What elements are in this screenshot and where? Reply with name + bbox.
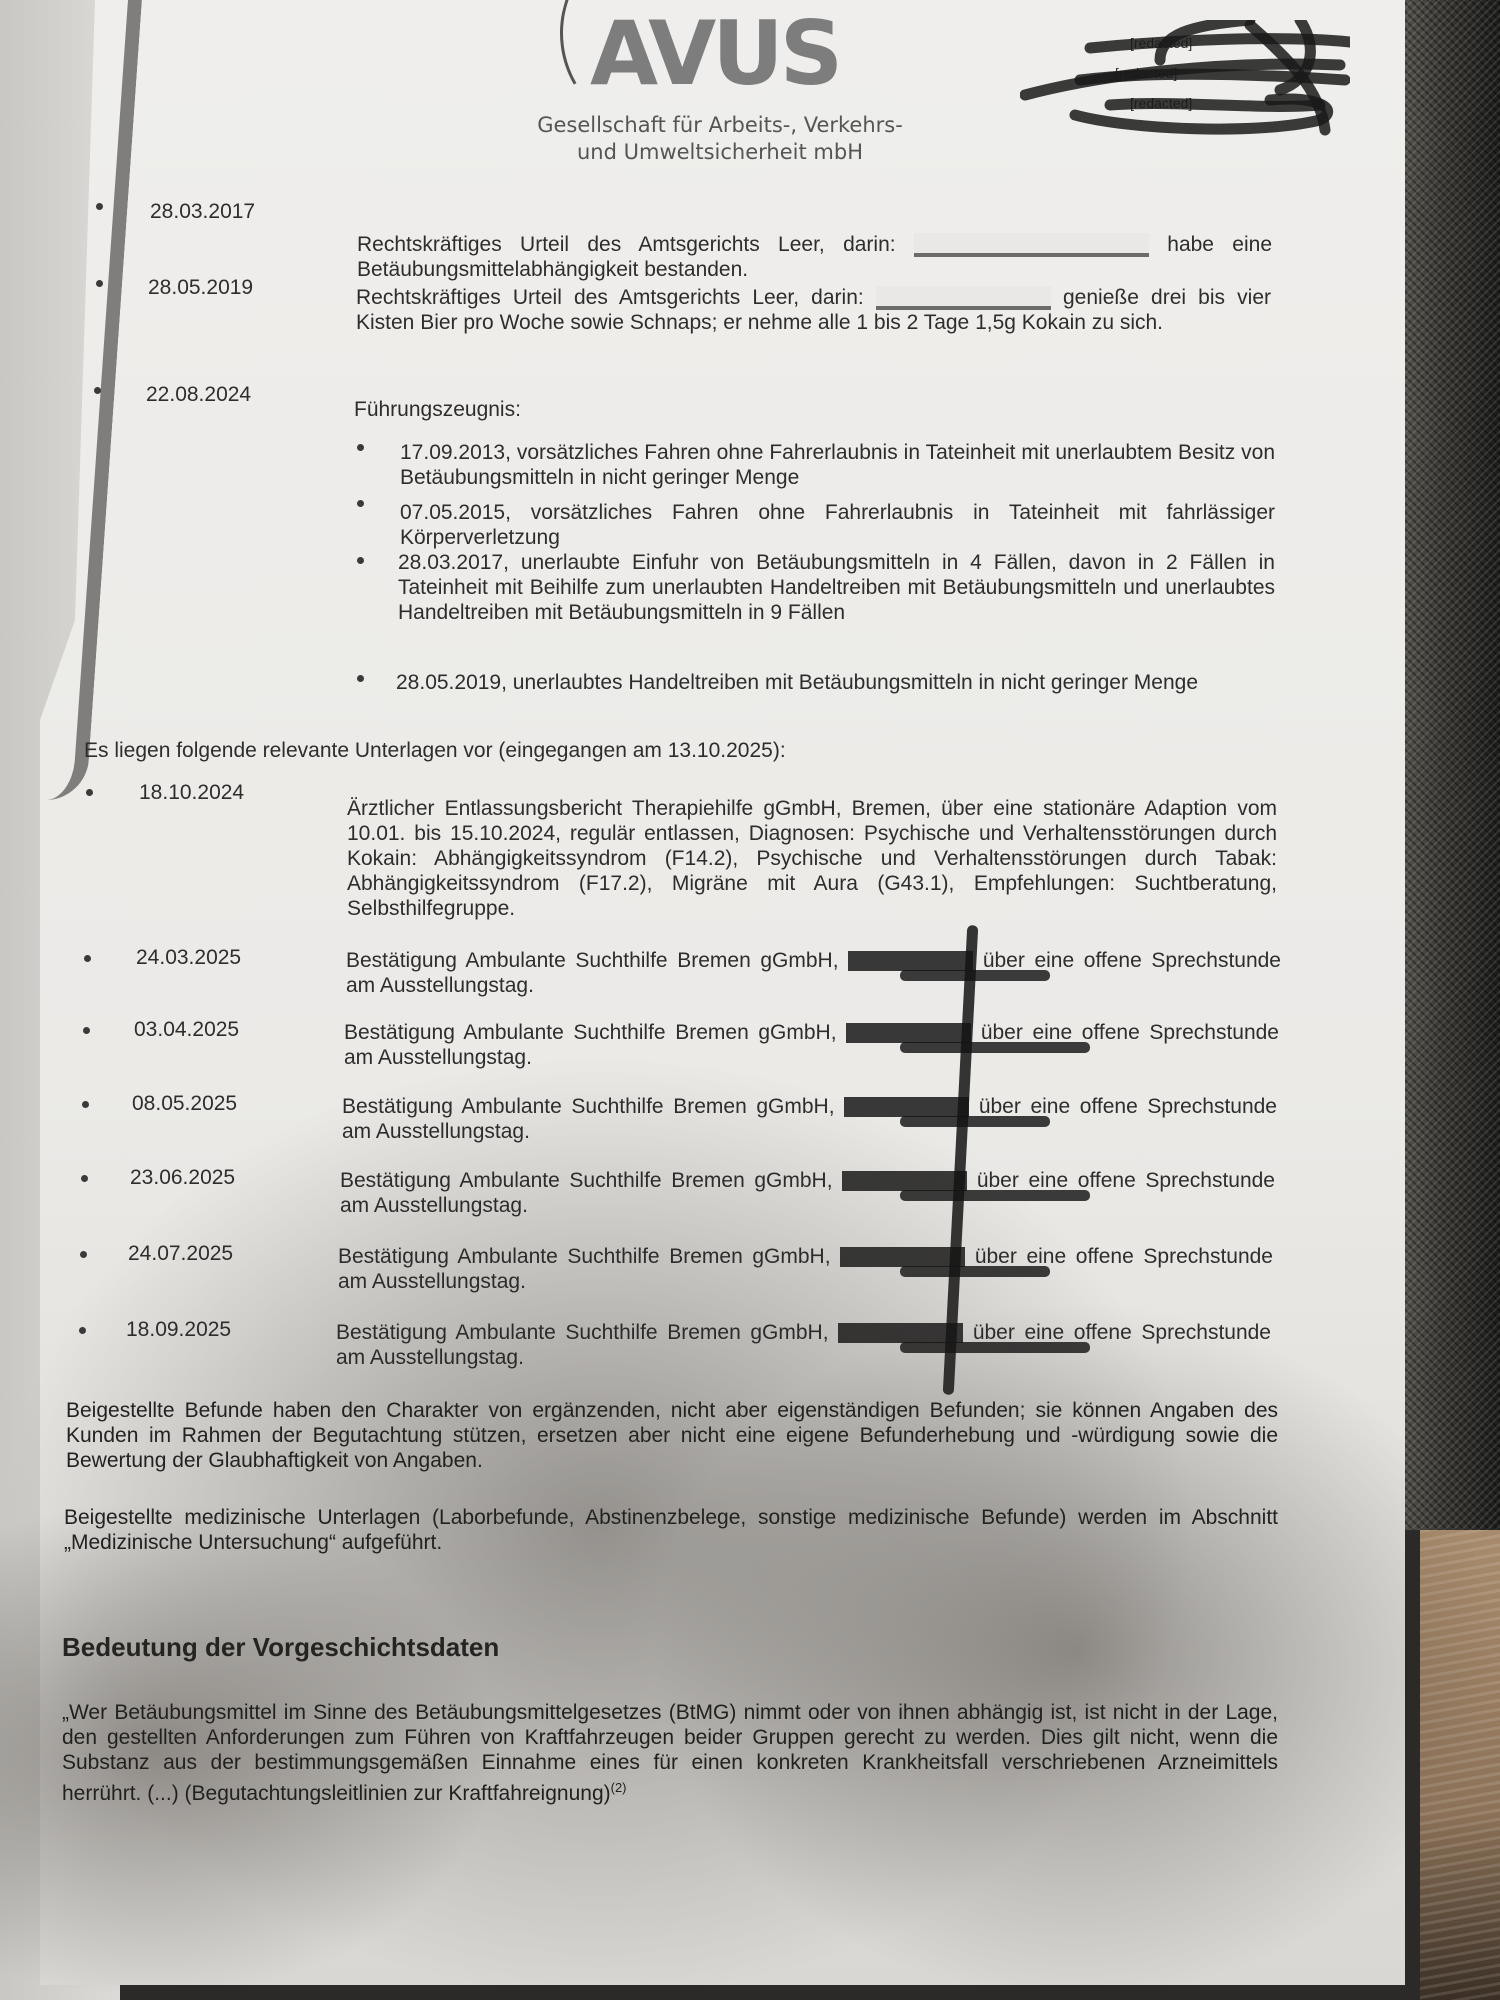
record-text: Rechtskräftiges Urteil des Amtsgerichts … [357, 232, 1272, 282]
marker-stroke [900, 1042, 1090, 1053]
company-name: Gesellschaft für Arbeits-, Verkehrs- und… [510, 112, 930, 167]
bullet-icon [96, 280, 103, 287]
document-date: 08.05.2025 [132, 1092, 237, 1116]
background-wood [1420, 1530, 1500, 2000]
note-paragraph: Beigestellte medizinische Unterlagen (La… [64, 1505, 1278, 1555]
redaction-block [842, 1171, 967, 1191]
document-date: 18.10.2024 [139, 781, 244, 805]
record-sub-item: 28.03.2017, unerlaubte Einfuhr von Betäu… [398, 550, 1275, 625]
record-date: 28.03.2017 [150, 200, 255, 224]
bullet-icon [96, 203, 103, 210]
document-text: Bestätigung Ambulante Suchthilfe Bremen … [340, 1168, 1275, 1218]
bullet-icon [357, 557, 364, 564]
documents-intro: Es liegen folgende relevante Unterlagen … [84, 738, 1284, 763]
document-text: Ärztlicher Entlassungsbericht Therapiehi… [347, 796, 1277, 921]
footnote-ref: (2) [611, 1780, 627, 1795]
redaction-block [876, 286, 1051, 310]
document-date: 03.04.2025 [134, 1018, 239, 1042]
section-heading: Bedeutung der Vorgeschichtsdaten [62, 1632, 499, 1663]
company-logo: AVUS Gesellschaft für Arbeits-, Verkehrs… [520, 0, 940, 170]
record-sub-item: 28.05.2019, unerlaubtes Handeltreiben mi… [396, 670, 1275, 695]
marker-stroke [900, 1342, 1090, 1353]
marker-stroke [900, 1116, 1050, 1127]
document-text: Bestätigung Ambulante Suchthilfe Bremen … [338, 1244, 1273, 1294]
bullet-icon [357, 500, 364, 507]
record-date: 28.05.2019 [148, 276, 253, 300]
redaction-scribble-icon [1020, 20, 1350, 140]
marker-stroke [900, 1190, 1090, 1201]
bullet-icon [81, 1175, 88, 1182]
bullet-icon [79, 1327, 86, 1334]
bullet-icon [84, 955, 91, 962]
record-text: Führungszeugnis: [354, 397, 954, 422]
redaction-block [846, 1023, 971, 1043]
bullet-icon [80, 1251, 87, 1258]
document-date: 18.09.2025 [126, 1318, 231, 1342]
record-sub-item: 07.05.2015, vorsätzliches Fahren ohne Fa… [400, 500, 1275, 550]
bullet-icon [357, 444, 364, 451]
redaction-block [844, 1097, 969, 1117]
document-text: Bestätigung Ambulante Suchthilfe Bremen … [346, 948, 1281, 998]
bullet-icon [83, 1027, 90, 1034]
redaction-block [914, 233, 1149, 257]
document-text: Bestätigung Ambulante Suchthilfe Bremen … [344, 1020, 1279, 1070]
marker-stroke [900, 1266, 1050, 1277]
document-date: 24.07.2025 [128, 1242, 233, 1266]
document-text: Bestätigung Ambulante Suchthilfe Bremen … [336, 1320, 1271, 1370]
record-date: 22.08.2024 [146, 383, 251, 407]
bullet-icon [94, 387, 101, 394]
bullet-icon [86, 789, 93, 796]
note-paragraph: Beigestellte Befunde haben den Charakter… [66, 1398, 1278, 1473]
bullet-icon [82, 1101, 89, 1108]
document-text: Bestätigung Ambulante Suchthilfe Bremen … [342, 1094, 1277, 1144]
background-fabric [1395, 0, 1500, 1530]
redaction-block [848, 951, 973, 971]
redaction-block [838, 1323, 963, 1343]
record-text: Rechtskräftiges Urteil des Amtsgerichts … [356, 285, 1271, 335]
record-sub-item: 17.09.2013, vorsätzliches Fahren ohne Fa… [400, 440, 1275, 490]
redaction-block [840, 1247, 965, 1267]
logo-wordmark: AVUS [590, 10, 839, 98]
section-quote: „Wer Betäubungsmittel im Sinne des Betäu… [62, 1700, 1278, 1806]
document-date: 23.06.2025 [130, 1166, 235, 1190]
bullet-icon [357, 675, 364, 682]
document-date: 24.03.2025 [136, 946, 241, 970]
